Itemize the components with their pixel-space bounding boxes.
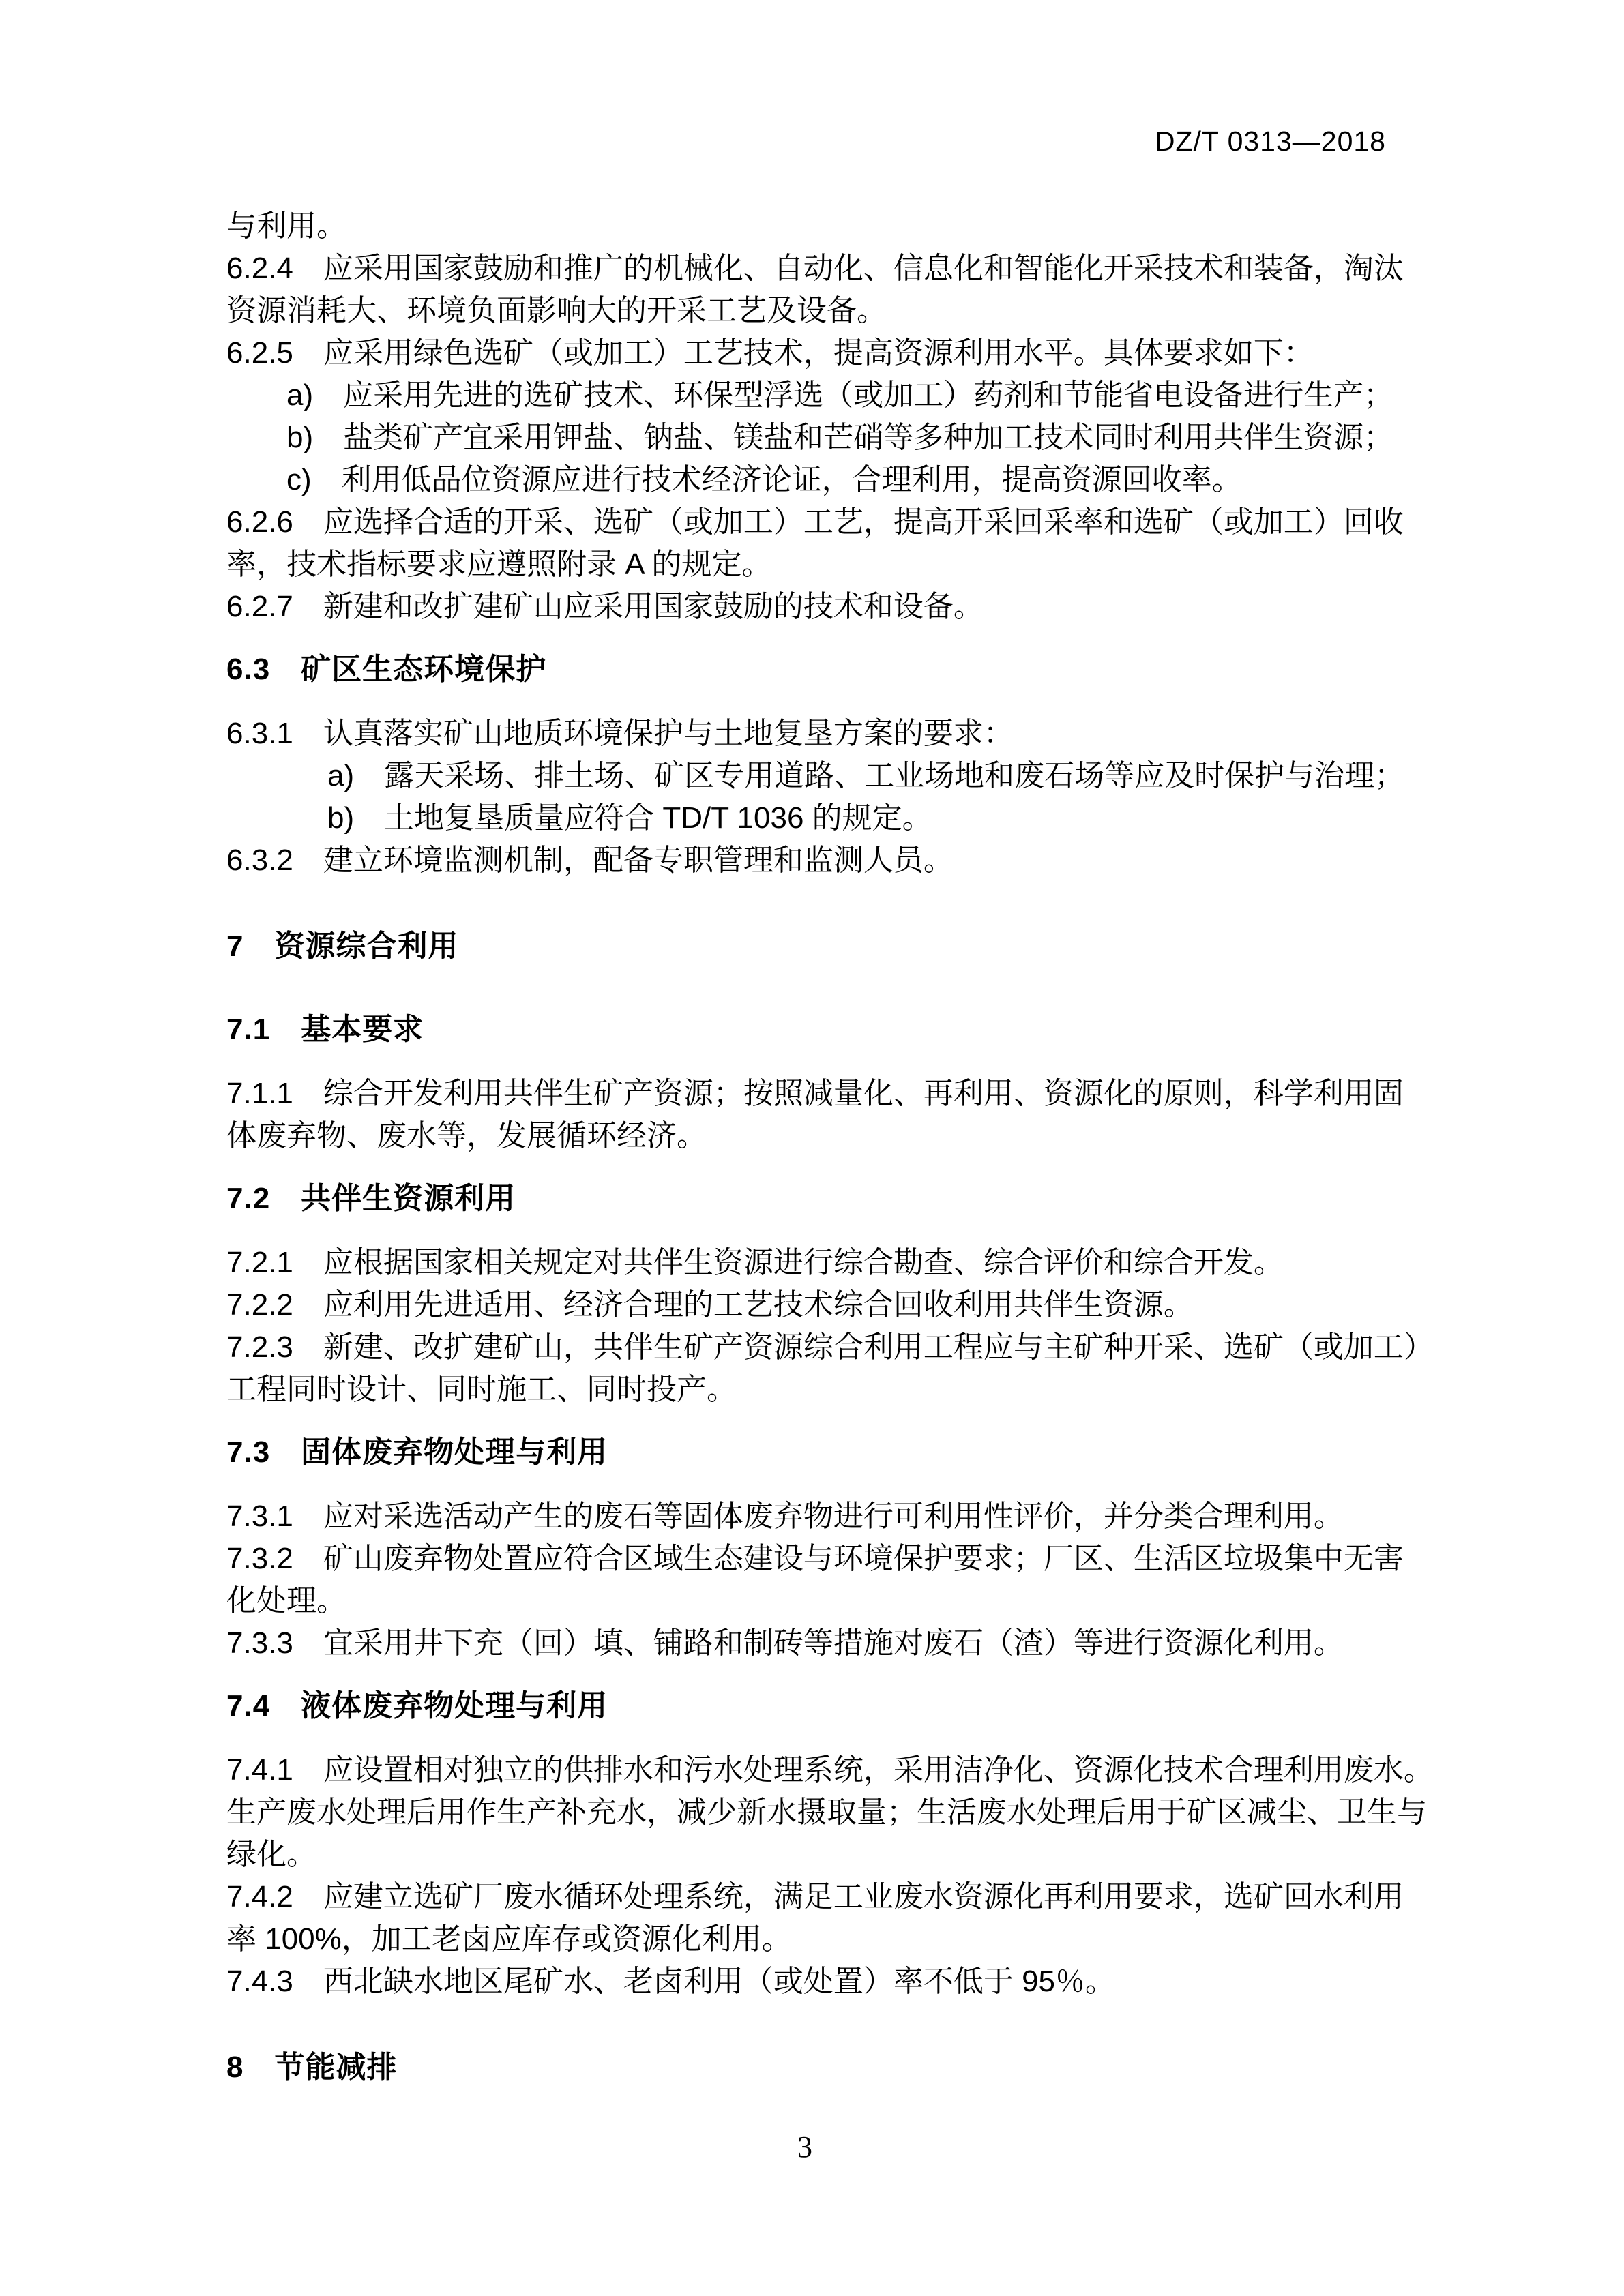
list-item-c: c) 利用低品位资源应进行技术经济论证，合理利用，提高资源回收率。 [226,459,1386,501]
heading-section-7-1: 7.1 基本要求 [226,1009,1386,1051]
clause-7-3-1: 7.3.1 应对采选活动产生的废石等固体废弃物进行可利用性评价，并分类合理利用。 [226,1495,1386,1538]
clause-6-2-4: 6.2.4 应采用国家鼓励和推广的机械化、自动化、信息化和智能化开采技术和装备，… [226,248,1386,290]
heading-chapter-8: 8 节能减排 [226,2046,1386,2089]
clause-6-2-7: 6.2.7 新建和改扩建矿山应采用国家鼓励的技术和设备。 [226,586,1386,628]
clause-7-2-3: 7.2.3 新建、改扩建矿山，共伴生矿产资源综合利用工程应与主矿种开采、选矿（或… [226,1326,1386,1369]
clause-7-3-3: 7.3.3 宜采用井下充（回）填、铺路和制砖等措施对废石（渣）等进行资源化利用。 [226,1622,1386,1665]
clause-6-2-4-cont: 资源消耗大、环境负面影响大的开采工艺及设备。 [226,290,1386,332]
clause-7-4-2-cont: 率 100%，加工老卤应库存或资源化利用。 [226,1918,1386,1960]
list-item-b: b) 土地复垦质量应符合 TD/T 1036 的规定。 [226,797,1386,839]
heading-section-7-2: 7.2 共伴生资源利用 [226,1178,1386,1220]
standard-number-header: DZ/T 0313—2018 [226,125,1386,157]
document-body: 与利用。 6.2.4 应采用国家鼓励和推广的机械化、自动化、信息化和智能化开采技… [226,205,1386,2130]
document-page: DZ/T 0313—2018 与利用。 6.2.4 应采用国家鼓励和推广的机械化… [0,0,1624,2296]
clause-7-4-3: 7.4.3 西北缺水地区尾矿水、老卤利用（或处置）率不低于 95％。 [226,1960,1386,2003]
clause-7-2-3-cont: 工程同时设计、同时施工、同时投产。 [226,1369,1386,1411]
page-number: 3 [0,2126,1610,2168]
clause-6-2-6: 6.2.6 应选择合适的开采、选矿（或加工）工艺，提高开采回采率和选矿（或加工）… [226,501,1386,543]
clause-7-4-1: 7.4.1 应设置相对独立的供排水和污水处理系统，采用洁净化、资源化技术合理利用… [226,1749,1386,1791]
clause-6-2-6-cont: 率，技术指标要求应遵照附录 A 的规定。 [226,543,1386,586]
heading-section-7-4: 7.4 液体废弃物处理与利用 [226,1685,1386,1727]
clause-7-1-1-cont: 体废弃物、废水等，发展循环经济。 [226,1115,1386,1157]
clause-7-3-2-cont: 化处理。 [226,1580,1386,1622]
list-item-b: b) 盐类矿产宜采用钾盐、钠盐、镁盐和芒硝等多种加工技术同时利用共伴生资源； [226,417,1386,459]
clause-6-3-1: 6.3.1 认真落实矿山地质环境保护与土地复垦方案的要求： [226,713,1386,755]
clause-7-2-1: 7.2.1 应根据国家相关规定对共伴生资源进行综合勘查、综合评价和综合开发。 [226,1242,1386,1284]
clause-7-1-1: 7.1.1 综合开发利用共伴生矿产资源；按照减量化、再利用、资源化的原则，科学利… [226,1073,1386,1115]
list-item-a: a) 露天采场、排土场、矿区专用道路、工业场地和废石场等应及时保护与治理； [226,755,1386,797]
clause-7-4-1-cont: 生产废水处理后用作生产补充水，减少新水摄取量；生活废水处理后用于矿区减尘、卫生与 [226,1791,1386,1834]
heading-section-7-3: 7.3 固体废弃物处理与利用 [226,1431,1386,1474]
heading-section-6-3: 6.3 矿区生态环境保护 [226,648,1386,691]
clause-6-2-5: 6.2.5 应采用绿色选矿（或加工）工艺技术，提高资源利用水平。具体要求如下： [226,332,1386,374]
clause-7-2-2: 7.2.2 应利用先进适用、经济合理的工艺技术综合回收利用共伴生资源。 [226,1284,1386,1326]
clause-7-4-1-cont2: 绿化。 [226,1834,1386,1876]
list-item-a: a) 应采用先进的选矿技术、环保型浮选（或加工）药剂和节能省电设备进行生产； [226,374,1386,417]
heading-chapter-7: 7 资源综合利用 [226,925,1386,968]
clause-7-3-2: 7.3.2 矿山废弃物处置应符合区域生态建设与环境保护要求；厂区、生活区垃圾集中… [226,1538,1386,1580]
clause-6-3-2: 6.3.2 建立环境监测机制，配备专职管理和监测人员。 [226,839,1386,882]
body-line-continuation: 与利用。 [226,205,1386,248]
clause-7-4-2: 7.4.2 应建立选矿厂废水循环处理系统，满足工业废水资源化再利用要求，选矿回水… [226,1876,1386,1918]
